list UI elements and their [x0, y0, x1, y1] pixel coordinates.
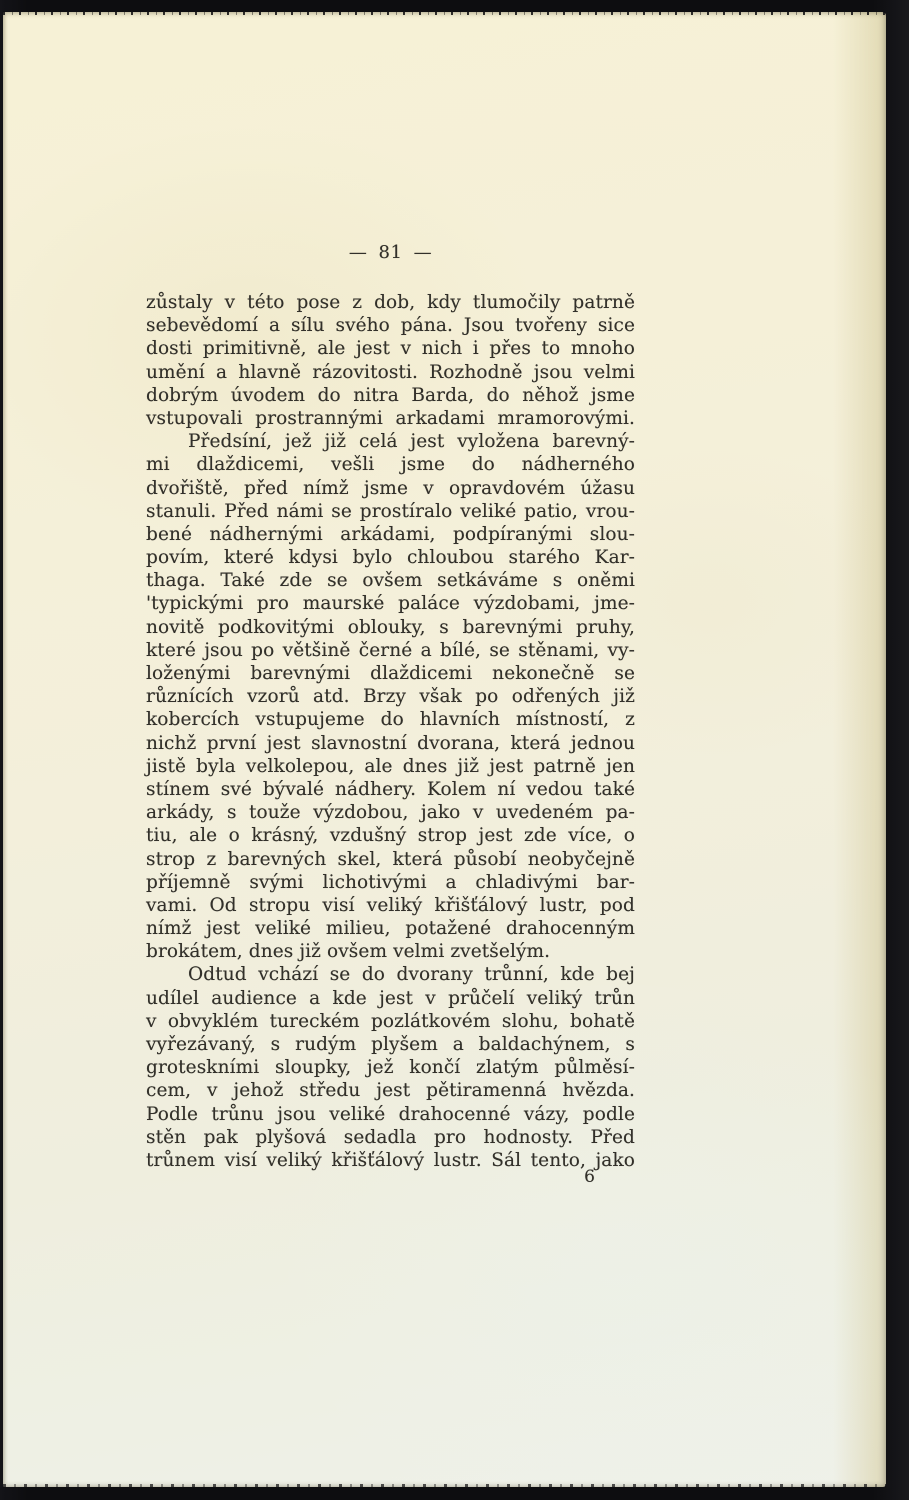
- text-line: příjemně svými lichotivými a chladivými …: [146, 871, 635, 894]
- text-line: umění a hlavně rázovitosti. Rozhodně jso…: [146, 361, 635, 384]
- text-line: Předsíní, jež již celá jest vyložena bar…: [146, 430, 635, 453]
- text-line: vami. Od stropu visí veliký křišťálový l…: [146, 894, 635, 917]
- text-line: zůstaly v této pose z dob, kdy tlumočily…: [146, 291, 635, 314]
- text-line: stínem své bývalé nádhery. Kolem ní vedo…: [146, 778, 635, 801]
- paragraph: Předsíní, jež již celá jest vyložena bar…: [146, 430, 635, 963]
- text-line: stanuli. Před námi se prostíralo veliké …: [146, 500, 635, 523]
- text-line: tiu, ale o krásný, vzdušný strop jest zd…: [146, 824, 635, 847]
- text-line: dvořiště, před nímž jsme v opravdovém úž…: [146, 477, 635, 500]
- text-line: mi dlaždicemi, vešli jsme do nádherného: [146, 453, 635, 476]
- paragraph: zůstaly v této pose z dob, kdy tlumočily…: [146, 291, 635, 430]
- text-line: dosti primitivně, ale jest v nich i přes…: [146, 337, 635, 360]
- scan-background: — 81 — zůstaly v této pose z dob, kdy tl…: [0, 0, 909, 1500]
- text-line: nímž jest veliké milieu, potažené drahoc…: [146, 917, 635, 940]
- text-block: — 81 — zůstaly v této pose z dob, kdy tl…: [146, 242, 635, 1188]
- body-text: zůstaly v této pose z dob, kdy tlumočily…: [146, 291, 635, 1172]
- text-line: jistě byla velkolepou, ale dnes již jest…: [146, 755, 635, 778]
- text-line: různících vzorů atd. Brzy však po odřený…: [146, 685, 635, 708]
- paragraph: Odtud vchází se do dvorany trůnní, kde b…: [146, 963, 635, 1172]
- text-line: udílel audience a kde jest v průčelí vel…: [146, 987, 635, 1010]
- text-line: nichž první jest slavnostní dvorana, kte…: [146, 732, 635, 755]
- text-line: trůnem visí veliký křišťálový lustr. Sál…: [146, 1149, 635, 1172]
- text-line: brokátem, dnes již ovšem velmi zvetšelým…: [146, 940, 635, 963]
- text-line: thaga. Také zde se ovšem setkáváme s oně…: [146, 569, 635, 592]
- text-line: dobrým úvodem do nitra Barda, do něhož j…: [146, 384, 635, 407]
- page-number: — 81 —: [146, 242, 635, 264]
- text-line: kobercích vstupujeme do hlavních místnos…: [146, 708, 635, 731]
- text-line: Odtud vchází se do dvorany trůnní, kde b…: [146, 963, 635, 986]
- text-line: groteskními sloupky, jež končí zlatým pů…: [146, 1056, 635, 1079]
- text-line: bené nádhernými arkádami, podpíranými sl…: [146, 523, 635, 546]
- text-line: 'typickými pro maurské paláce výzdobami,…: [146, 592, 635, 615]
- text-line: které jsou po většině černé a bílé, se s…: [146, 639, 635, 662]
- text-line: cem, v jehož středu jest pětiramenná hvě…: [146, 1079, 635, 1102]
- text-line: povím, které kdysi bylo chloubou starého…: [146, 546, 635, 569]
- text-line: novitě podkovitými oblouky, s barevnými …: [146, 616, 635, 639]
- text-line: Podle trůnu jsou veliké drahocenné vázy,…: [146, 1103, 635, 1126]
- text-line: loženými barevnými dlaždicemi nekonečně …: [146, 662, 635, 685]
- text-line: arkády, s touže výzdobou, jako v uvedené…: [146, 801, 635, 824]
- text-line: vyřezávaný, s rudým plyšem a baldachýnem…: [146, 1033, 635, 1056]
- text-line: sebevědomí a sílu svého pána. Jsou tvoře…: [146, 314, 635, 337]
- text-line: vstupovali prostrannými arkadami mramoro…: [146, 407, 635, 430]
- book-page: — 81 — zůstaly v této pose z dob, kdy tl…: [3, 12, 886, 1487]
- text-line: v obvyklém tureckém pozlátkovém slohu, b…: [146, 1010, 635, 1033]
- text-line: strop z barevných skel, která působí neo…: [146, 848, 635, 871]
- text-line: stěn pak plyšová sedadla pro hodnosty. P…: [146, 1126, 635, 1149]
